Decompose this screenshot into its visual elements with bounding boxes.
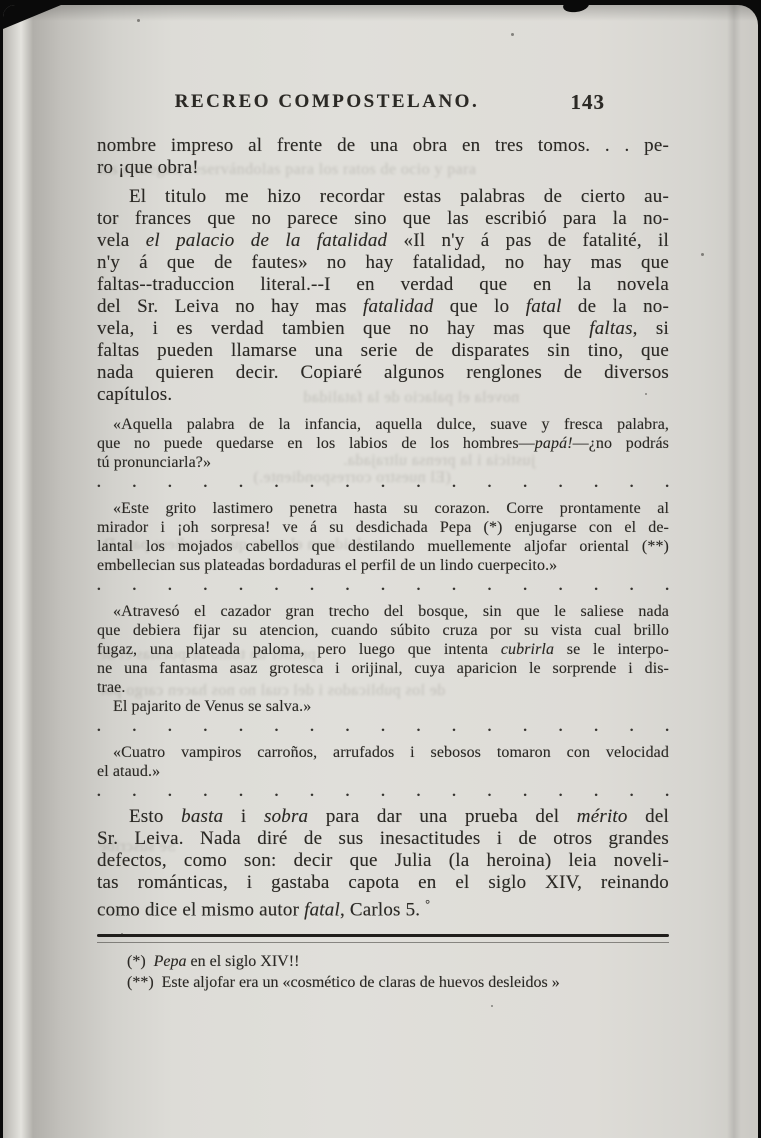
scan-speck [645, 393, 647, 395]
quote-1: «Aquella palabra de la infancia, aquella… [97, 415, 669, 472]
text-line: Esto basta i sobra para dar una prueba d… [97, 806, 669, 828]
text-line: nombre impreso al frente de una obra en … [97, 135, 669, 157]
text-line: (**) Este aljofar era un «cosmético de c… [97, 972, 669, 993]
text-line: del Sr. Leiva no hay mas fatalidad que l… [97, 296, 669, 318]
text-line: faltas--traduccion literal.--I en verdad… [97, 274, 669, 296]
text-line: tú pronunciarla?» [97, 453, 669, 472]
text-line: lantal los mojados cabellos que destilan… [97, 537, 669, 556]
page-curl-mark [562, 5, 590, 14]
text-line: «Aquella palabra de la infancia, aquella… [97, 415, 669, 434]
text-line: embellecian sus plateadas bordaduras el … [97, 556, 669, 575]
text-line: vela, i es verdad tambien que no hay mas… [97, 318, 669, 340]
text-column: RECREO COMPOSTELANO. 143 nombre impreso … [97, 91, 669, 993]
text-line: tas románticas, i gastaba capota en el s… [97, 872, 669, 894]
page-number: 143 [571, 90, 606, 115]
quote-3: «Atravesó el cazador gran trecho del bos… [97, 602, 669, 716]
text-line: El pajarito de Venus se salva.» [97, 697, 669, 716]
text-line: defectos, como son: decir que Julia (la … [97, 850, 669, 872]
text-line: «Este grito lastimero penetra hasta su c… [97, 499, 669, 518]
quote-2: «Este grito lastimero penetra hasta su c… [97, 499, 669, 575]
text-line: fugaz, una plateada paloma, pero luego q… [97, 640, 669, 659]
text-line: que debiera fijar su atencion, cuando sú… [97, 621, 669, 640]
text-line: Sr. Leiva. Nada diré de sus inesactitude… [97, 828, 669, 850]
text-line: n'y á que de fautes» no hay fatalidad, n… [97, 252, 669, 274]
text-line: que no puede quedarse en los labios de l… [97, 434, 669, 453]
text-line: ro ¡que obra! [97, 157, 669, 179]
text-line: El titulo me hizo recordar estas palabra… [97, 186, 669, 208]
footnote-rule [97, 934, 669, 943]
scan-speck [701, 253, 704, 256]
text-line: faltas pueden llamarse una serie de disp… [97, 340, 669, 362]
text-line: el ataud.» [97, 762, 669, 781]
text-line: ne una fantasma asaz grotesca i orijinal… [97, 659, 669, 678]
paragraph-3: Esto basta i sobra para dar una prueba d… [97, 806, 669, 921]
divider-dots-1: . . . . . . . . . . . . . . . . . [97, 476, 669, 490]
running-header: RECREO COMPOSTELANO. 143 [97, 91, 669, 117]
paragraph-2: El titulo me hizo recordar estas palabra… [97, 186, 669, 406]
quote-4: «Cuatro vampiros carroños, arrufados i s… [97, 743, 669, 781]
footnotes: (*) Pepa en el siglo XIV!!(**) Este aljo… [97, 951, 669, 993]
divider-dots-2: . . . . . . . . . . . . . . . . . [97, 579, 669, 593]
text-line: capítulos. [97, 384, 669, 406]
paragraph-1: nombre impreso al frente de una obra en … [97, 135, 669, 179]
divider-dots-3: . . . . . . . . . . . . . . . . . [97, 720, 669, 734]
text-line: mirador i ¡oh sorpresa! ve á su desdicha… [97, 518, 669, 537]
text-line: nada quieren decir. Copiaré algunos reng… [97, 362, 669, 384]
scan-speck [137, 19, 140, 22]
divider-dots-4: . . . . . . . . . . . . . . . . . [97, 785, 669, 799]
book-page: las entregas, reservándolas para los rat… [3, 5, 758, 1138]
text-line: trae. [97, 678, 669, 697]
text-line: tor frances que no parece sino que las e… [97, 208, 669, 230]
scan-speck [511, 33, 514, 36]
text-line: (*) Pepa en el siglo XIV!! [97, 951, 669, 972]
scan-speck [491, 1005, 493, 1007]
scan-corner-shadow [3, 5, 61, 29]
paper-crease [727, 5, 741, 1138]
text-line: vela el palacio de la fatalidad «Il n'y … [97, 230, 669, 252]
scanned-book-page: { "header": { "title": "RECREO COMPOSTEL… [0, 0, 761, 1138]
text-line: «Atravesó el cazador gran trecho del bos… [97, 602, 669, 621]
scan-speck [121, 933, 123, 935]
text-line: como dice el mismo autor fatal, Carlos 5… [97, 894, 669, 921]
text-line: «Cuatro vampiros carroños, arrufados i s… [97, 743, 669, 762]
